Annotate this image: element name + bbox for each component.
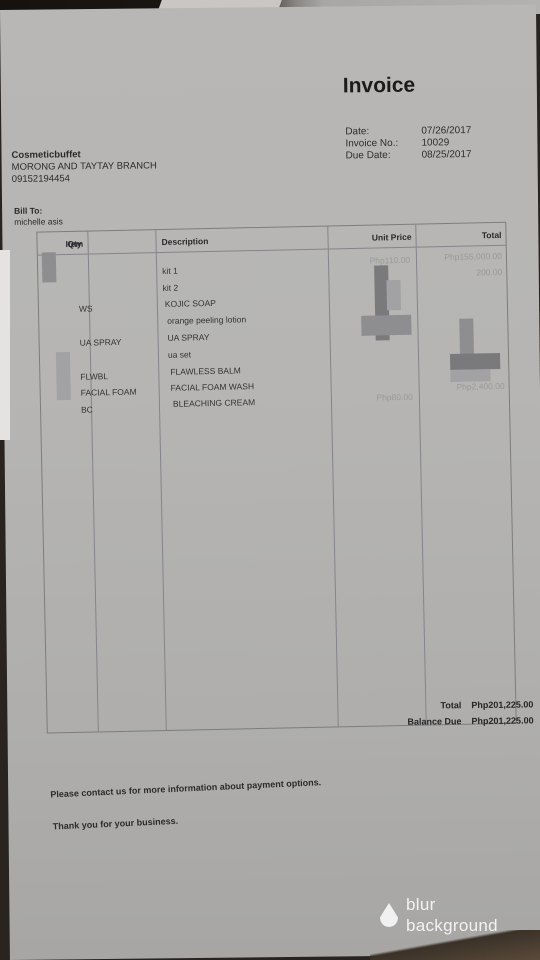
watermark-line-1: blur xyxy=(406,894,498,915)
item-cell: BC xyxy=(81,404,93,414)
bill-to-block: Bill To: michelle asis xyxy=(14,205,63,228)
total-row: Total Php201,225.00 xyxy=(407,696,533,713)
description-cell: orange peeling lotion xyxy=(167,314,246,326)
company-block: Cosmeticbuffet MORONG AND TAYTAY BRANCH … xyxy=(11,148,157,186)
header-unit-price: Unit Price xyxy=(337,232,411,244)
meta-value: 07/26/2017 xyxy=(421,125,471,138)
description-cell: kit 1 xyxy=(162,266,178,276)
watermark-text: blur background xyxy=(406,894,498,936)
description-cell: BLEACHING CREAM xyxy=(173,397,255,409)
item-cell: WS xyxy=(79,303,93,313)
item-cell: FLWBL xyxy=(80,371,108,382)
total-cell: Php155,000.00 xyxy=(422,251,502,263)
description-cell: FACIAL FOAM WASH xyxy=(171,381,255,393)
line-items-table: Qty Item Description Unit Price Total WS… xyxy=(36,222,516,734)
redaction-block xyxy=(56,352,71,400)
thanks-note: Thank you for your business. xyxy=(53,816,179,832)
redaction-block xyxy=(386,280,401,310)
unit-price-cell: Php80.00 xyxy=(341,392,413,404)
redaction-block xyxy=(450,353,500,370)
description-cell: UA SPRAY xyxy=(167,332,209,343)
redaction-block xyxy=(361,315,411,336)
totals-block: Total Php201,225.00 Balance Due Php201,2… xyxy=(407,696,533,729)
total-cell: 200.00 xyxy=(422,267,502,279)
meta-label: Due Date: xyxy=(345,150,421,163)
redaction-block xyxy=(42,252,57,282)
meta-value: 10029 xyxy=(421,137,449,149)
meta-date: Date: 07/26/2017 xyxy=(345,125,471,138)
company-branch: MORONG AND TAYTAY BRANCH xyxy=(12,160,157,174)
column-divider xyxy=(415,225,426,725)
header-item: Item xyxy=(65,239,83,249)
total-cell: Php2,400.00 xyxy=(425,381,505,393)
meta-due-date: Due Date: 08/25/2017 xyxy=(345,149,471,162)
balance-due-label: Balance Due xyxy=(407,713,461,730)
header-description: Description xyxy=(161,236,208,247)
company-phone: 09152194454 xyxy=(12,172,157,186)
bill-to-label: Bill To: xyxy=(14,205,63,217)
invoice-paper: Invoice Date: 07/26/2017 Invoice No.: 10… xyxy=(0,4,540,960)
redaction-block xyxy=(450,369,490,382)
description-cell: KOJIC SOAP xyxy=(165,298,216,309)
item-cell: FACIAL FOAM xyxy=(81,387,137,398)
header-total: Total xyxy=(421,230,501,242)
total-value: Php201,225.00 xyxy=(471,696,533,713)
description-cell: FLAWLESS BALM xyxy=(170,365,241,376)
invoice-meta: Date: 07/26/2017 Invoice No.: 10029 Due … xyxy=(345,125,471,162)
column-divider xyxy=(327,227,338,727)
meta-value: 08/25/2017 xyxy=(421,149,471,162)
balance-due-row: Balance Due Php201,225.00 xyxy=(407,712,533,729)
description-cell: kit 2 xyxy=(162,283,178,293)
payment-note: Please contact us for more information a… xyxy=(50,777,321,799)
item-cell: UA SPRAY xyxy=(80,337,122,348)
description-cell: ua set xyxy=(168,349,191,359)
watermark: blur background xyxy=(380,894,498,936)
paper-left-edge xyxy=(0,250,10,440)
invoice-title: Invoice xyxy=(343,74,416,99)
bill-to-name: michelle asis xyxy=(14,216,63,228)
watermark-line-2: background xyxy=(406,915,498,936)
total-label: Total xyxy=(440,697,461,713)
balance-due-value: Php201,225.00 xyxy=(471,712,533,729)
meta-label: Invoice No.: xyxy=(345,138,421,151)
meta-label: Date: xyxy=(345,126,421,139)
droplet-icon xyxy=(380,903,398,927)
